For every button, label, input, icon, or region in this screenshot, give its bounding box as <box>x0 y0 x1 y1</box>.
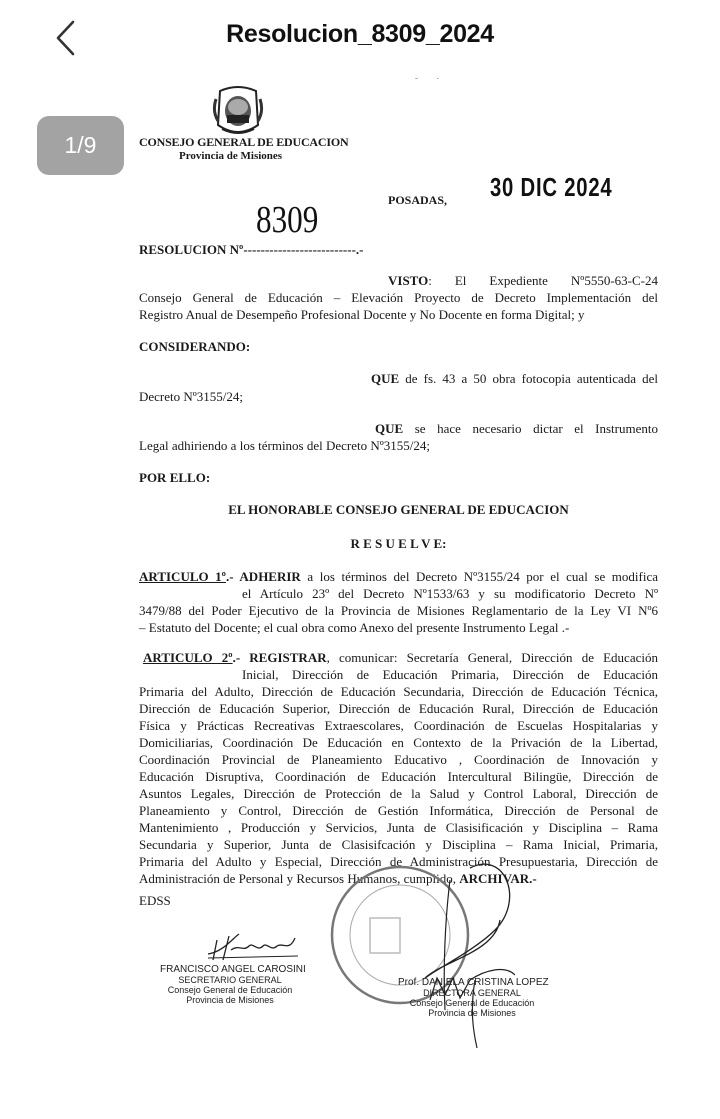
por-ello-heading: POR ELLO: <box>139 470 210 486</box>
city-label: POSADAS, <box>388 193 447 208</box>
visto-paragraph: VISTO: El Expediente Nº5550-63-C-24 Cons… <box>139 272 658 323</box>
header-bar: Resolucion_8309_2024 <box>0 0 720 78</box>
signatory-director: Prof. DANIELA CRISTINA LOPEZ DIRECTORA G… <box>398 978 546 1018</box>
que-paragraph-1: QUE de fs. 43 a 50 obra fotocopia autent… <box>139 370 658 405</box>
signature-carosini-icon <box>203 930 303 966</box>
document-title: Resolucion_8309_2024 <box>0 20 720 49</box>
resolution-number: 8309 <box>256 198 318 242</box>
org-province: Provincia de Misiones <box>179 150 282 162</box>
org-name: CONSEJO GENERAL DE EDUCACION <box>139 135 348 150</box>
resuelve-heading: R E S U E L V E: <box>139 536 658 552</box>
official-seal-icon <box>325 860 585 1050</box>
articulo-1: ARTICULO 1º.- ADHERIR a los términos del… <box>139 568 658 636</box>
articulo-2: ARTICULO 2º.- REGISTRAR, comunicar: Secr… <box>139 649 658 887</box>
council-heading: EL HONORABLE CONSEJO GENERAL DE EDUCACIO… <box>139 502 658 518</box>
date-stamp: 30 DIC 2024 <box>490 172 612 203</box>
visto-label: VISTO <box>388 273 428 288</box>
initials: EDSS <box>139 893 171 909</box>
signatory-secretary: FRANCISCO ANGEL CAROSINI SECRETARIO GENE… <box>160 965 300 1005</box>
que-paragraph-2: QUE se hace necesario dictar el Instrume… <box>139 420 658 454</box>
considerando-heading: CONSIDERANDO: <box>139 339 250 355</box>
resolution-label: RESOLUCION Nº--------------------------.… <box>139 242 363 258</box>
page-indicator-badge: 1/9 <box>37 116 124 175</box>
province-crest-icon <box>212 85 264 137</box>
